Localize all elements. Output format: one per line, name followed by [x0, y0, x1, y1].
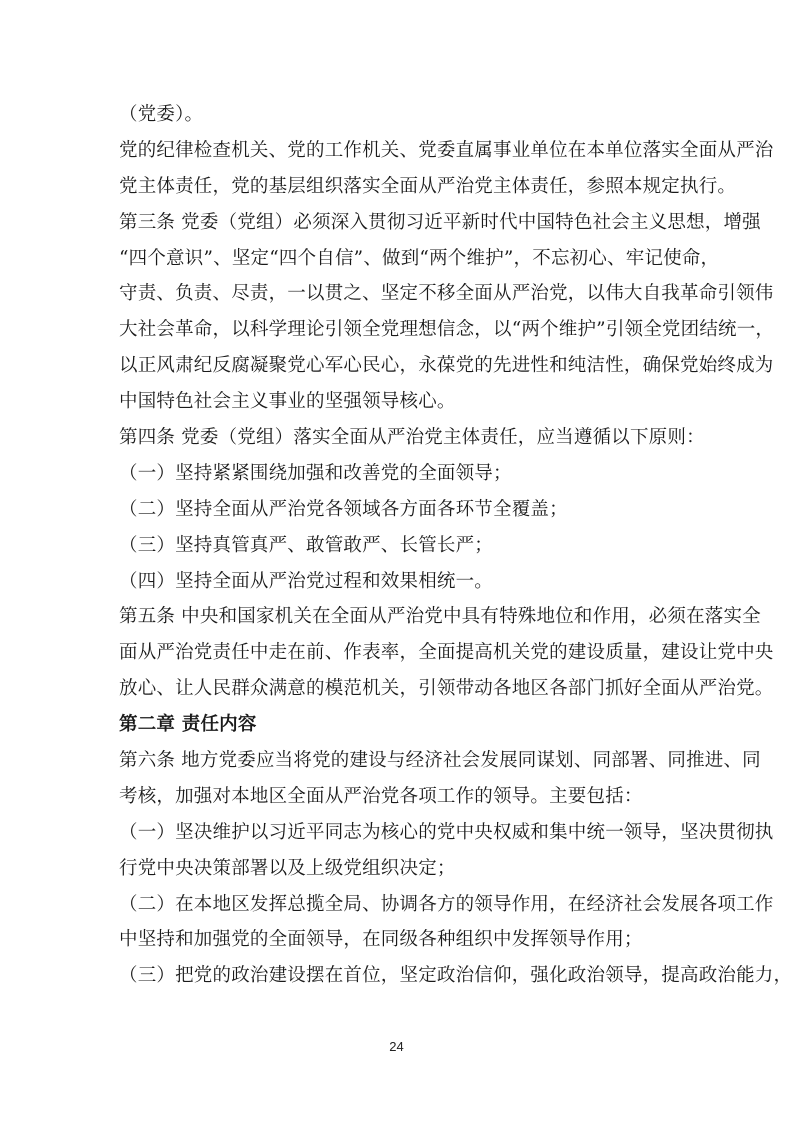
list-item: （三）把党的政治建设摆在首位，坚定政治信仰，强化政治领导，提高政治能力， — [119, 958, 675, 994]
text-line: 放心、让人民群众满意的模范机关，引领带动各地区各部门抓好全面从严治党。 — [119, 671, 675, 707]
text-line: 行党中央决策部署以及上级党组织决定； — [119, 851, 675, 887]
list-item: （四）坚持全面从严治党过程和效果相统一。 — [119, 564, 675, 600]
list-item: （三）坚持真管真严、敢管敢严、长管长严； — [119, 528, 675, 564]
article-6-line: 第六条 地方党委应当将党的建设与经济社会发展同谋划、同部署、同推进、同 — [119, 743, 675, 779]
article-3-line: 第三条 党委（党组）必须深入贯彻习近平新时代中国特色社会主义思想，增强 — [119, 205, 675, 241]
text-line: 党主体责任，党的基层组织落实全面从严治党主体责任，参照本规定执行。 — [119, 169, 675, 205]
article-5-line: 第五条 中央和国家机关在全面从严治党中具有特殊地位和作用，必须在落实全 — [119, 599, 675, 635]
article-4-line: 第四条 党委（党组）落实全面从严治党主体责任，应当遵循以下原则： — [119, 420, 675, 456]
chapter-heading: 第二章 责任内容 — [119, 707, 675, 743]
text-line: 大社会革命，以科学理论引领全党理想信念，以“两个维护”引领全党团结统一， — [119, 312, 675, 348]
text-line: 中国特色社会主义事业的坚强领导核心。 — [119, 384, 675, 420]
list-item: （二）坚持全面从严治党各领域各方面各环节全覆盖； — [119, 492, 675, 528]
text-line: “四个意识”、坚定“四个自信”、做到“两个维护”，不忘初心、牢记使命， — [119, 241, 675, 277]
text-line: 党的纪律检查机关、党的工作机关、党委直属事业单位在本单位落实全面从严治 — [119, 133, 675, 169]
text-line: （党委）。 — [119, 97, 675, 133]
text-line: 考核，加强对本地区全面从严治党各项工作的领导。主要包括： — [119, 779, 675, 815]
list-item: （二）在本地区发挥总揽全局、协调各方的领导作用，在经济社会发展各项工作 — [119, 887, 675, 923]
list-item: （一）坚决维护以习近平同志为核心的党中央权威和集中统一领导，坚决贯彻执 — [119, 815, 675, 851]
list-item: （一）坚持紧紧围绕加强和改善党的全面领导； — [119, 456, 675, 492]
text-line: 面从严治党责任中走在前、作表率，全面提高机关党的建设质量，建设让党中央 — [119, 635, 675, 671]
text-line: 以正风肃纪反腐凝聚党心军心民心，永葆党的先进性和纯洁性，确保党始终成为 — [119, 348, 675, 384]
text-line: 中坚持和加强党的全面领导，在同级各种组织中发挥领导作用； — [119, 922, 675, 958]
text-line: 守责、负责、尽责，一以贯之、坚定不移全面从严治党，以伟大自我革命引领伟 — [119, 276, 675, 312]
page-number: 24 — [0, 1039, 793, 1054]
document-body: （党委）。 党的纪律检查机关、党的工作机关、党委直属事业单位在本单位落实全面从严… — [119, 97, 675, 994]
